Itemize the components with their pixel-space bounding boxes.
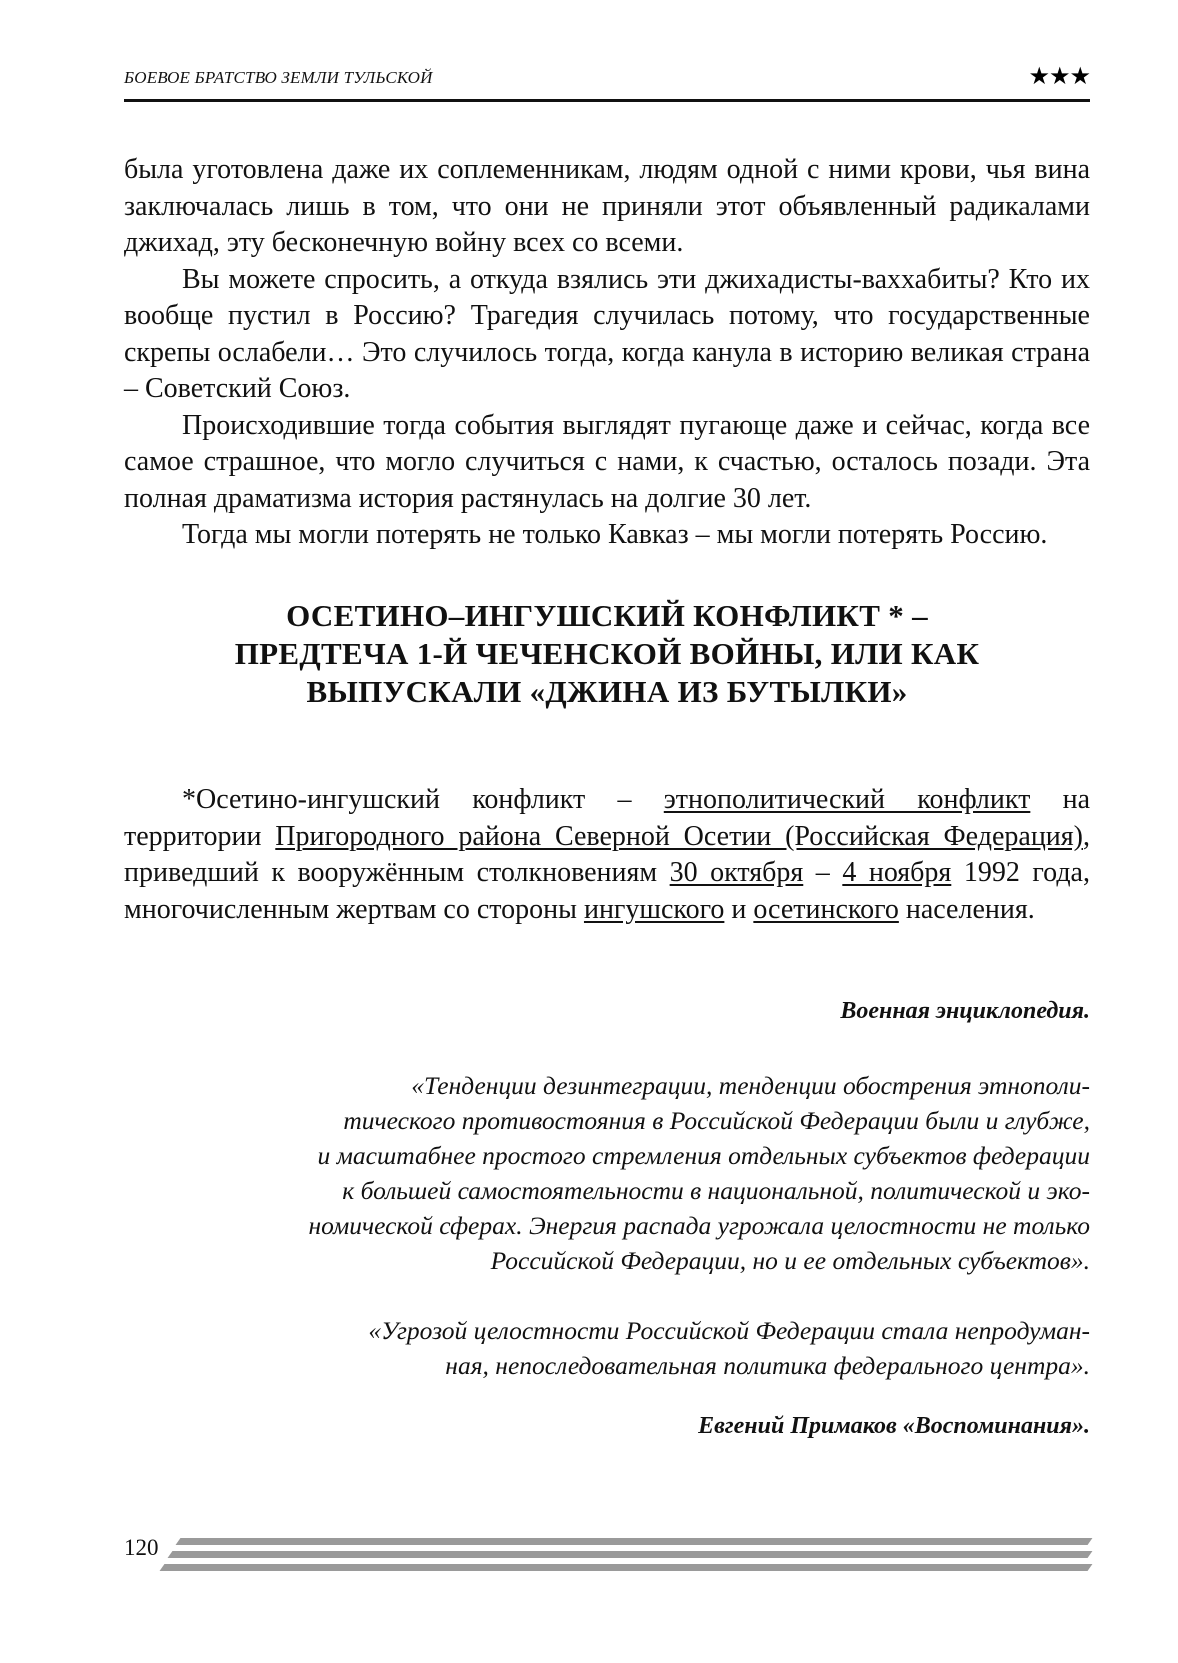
footnote-text: и <box>724 894 753 925</box>
footnote-text: населения. <box>899 894 1035 925</box>
quote-line: тического противостояния в Российской Фе… <box>190 1103 1090 1138</box>
heading-line: ВЫПУСКАЛИ «ДЖИНА ИЗ БУТЫЛКИ» <box>124 673 1090 711</box>
stars-ornament-icon: ★★★ <box>1028 62 1090 91</box>
quote-line: и масштабнее простого стремления отдельн… <box>190 1138 1090 1173</box>
paragraph: Тогда мы могли потерять не только Кавказ… <box>124 517 1090 554</box>
quote-line: «Тенденции дезинтеграции, тенденции обос… <box>190 1068 1090 1103</box>
link-october-30[interactable]: 30 октября <box>670 857 804 888</box>
footer-stripe <box>168 1551 1093 1558</box>
quote-line: ная, непоследовательная политика федерал… <box>190 1348 1090 1383</box>
link-ethnopolitical-conflict[interactable]: этнополитический конфликт <box>664 784 1031 815</box>
quote-line: номической сферах. Энергия распада угрож… <box>190 1208 1090 1243</box>
quote-block: «Тенденции дезинтеграции, тенденции обос… <box>190 1068 1090 1278</box>
footnote-paragraph: *Осетино-ингушский конфликт – этнополити… <box>124 782 1090 928</box>
header-rule <box>124 99 1090 102</box>
footnote-text: – <box>803 857 842 888</box>
page-number: 120 <box>124 1535 159 1561</box>
paragraph: Происходившие тогда события выглядят пуг… <box>124 408 1090 518</box>
link-november-4[interactable]: 4 ноября <box>842 857 951 888</box>
quote-block: «Угрозой целостности Российской Федераци… <box>190 1313 1090 1383</box>
running-title: БОЕВОЕ БРАТСТВО ЗЕМЛИ ТУЛЬСКОЙ <box>124 68 433 88</box>
section-heading: ОСЕТИНО–ИНГУШСКИЙ КОНФЛИКТ * – ПРЕДТЕЧА … <box>124 597 1090 711</box>
quote-line: Российской Федерации, но и ее отдельных … <box>190 1243 1090 1278</box>
paragraph: Вы можете спросить, а откуда взялись эти… <box>124 262 1090 408</box>
intro-text: была уготовлена даже их соплеменникам, л… <box>124 152 1090 554</box>
page-header: БОЕВОЕ БРАТСТВО ЗЕМЛИ ТУЛЬСКОЙ ★★★ <box>124 64 1090 104</box>
footnote: *Осетино-ингушский конфликт – этнополити… <box>124 782 1090 928</box>
quote-line: к большей самостоятельности в национальн… <box>190 1173 1090 1208</box>
heading-line: ОСЕТИНО–ИНГУШСКИЙ КОНФЛИКТ * – <box>124 597 1090 635</box>
quote-line: «Угрозой целостности Российской Федераци… <box>190 1313 1090 1348</box>
source-attribution: Военная энциклопедия. <box>840 998 1090 1025</box>
link-prigorodny-district[interactable]: Пригородного района Северной Осетии (Рос… <box>275 821 1083 852</box>
heading-line: ПРЕДТЕЧА 1-Й ЧЕЧЕНСКОЙ ВОЙНЫ, ИЛИ КАК <box>124 635 1090 673</box>
footnote-text: *Осетино-ингушский конфликт – <box>182 784 664 815</box>
page-footer: 120 <box>124 1530 1090 1570</box>
footer-stripe <box>160 1564 1093 1571</box>
link-ingush[interactable]: ингушского <box>584 894 724 925</box>
source-attribution: Евгений Примаков «Воспоминания». <box>698 1413 1090 1440</box>
link-ossetian[interactable]: осетинского <box>753 894 899 925</box>
footer-stripe <box>176 1538 1093 1545</box>
paragraph: была уготовлена даже их соплеменникам, л… <box>124 152 1090 262</box>
